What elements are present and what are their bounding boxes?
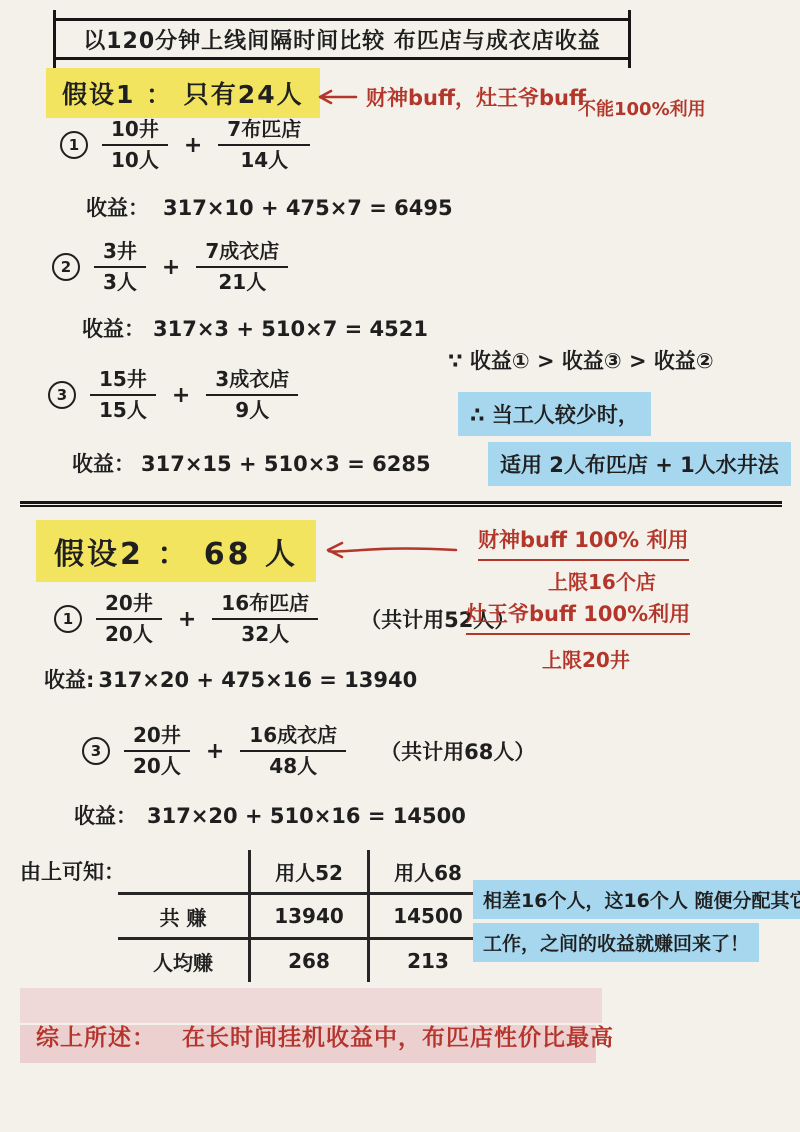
case-1-profit-s2: 收益:317×20 + 475×16 = 13940 <box>44 664 417 694</box>
case-2-number: 2 <box>52 253 80 281</box>
fraction-numerator: 15井 <box>90 368 156 396</box>
case-3-profit: 收益：317×15 + 510×3 = 6285 <box>72 448 431 478</box>
kitchen-god-buff-note: 灶王爷buff 100%利用 <box>466 598 690 635</box>
wealth-god-buff-note: 财神buff 100% 利用 <box>478 524 689 561</box>
plus-sign: + <box>182 133 204 158</box>
handwritten-note-page: 以120分钟上线间隔时间比较 布匹店与成衣店收益 假设1 ： 只有24人 财神b… <box>0 0 800 1132</box>
total-profit-68: 14500 <box>369 894 487 939</box>
case-3-number: 3 <box>82 737 110 765</box>
case-3-formula-s2: 3 20井 20人 + 16成衣店 48人 （共计用68人） <box>82 724 535 778</box>
fraction-numerator: 7成衣店 <box>196 240 288 268</box>
long-left-arrow-icon <box>322 540 458 560</box>
hypothesis-1-heading: 假设1 ： 只有24人 <box>46 68 320 118</box>
fraction-denominator: 14人 <box>218 146 310 172</box>
fraction-numerator: 20井 <box>124 724 190 752</box>
profit-expression: 317×10 + 475×7 = 6495 <box>163 196 453 220</box>
case-1-profit: 收益：317×10 + 475×7 = 6495 <box>86 192 453 222</box>
case-3-number: 3 <box>48 381 76 409</box>
profit-label: 收益： <box>82 317 145 341</box>
table-row: 共 赚 13940 14500 <box>118 894 486 939</box>
row-label: 人均赚 <box>118 939 250 983</box>
cloth-shop-fraction: 7布匹店 14人 <box>218 118 310 172</box>
buff-note-2: 不能100%利用 <box>578 95 706 121</box>
case-2-formula: 2 3井 3人 + 7成衣店 21人 <box>52 240 288 294</box>
section-divider <box>20 501 782 507</box>
table-header-row: 用人52 用人68 <box>118 850 486 894</box>
fraction-numerator: 16布匹店 <box>212 592 318 620</box>
plus-sign: + <box>160 255 182 280</box>
hypothesis-2-heading: 假设2 ： 68 人 <box>36 520 316 582</box>
fraction-numerator: 3成衣店 <box>206 368 298 396</box>
col-header-68: 用人68 <box>369 850 487 894</box>
total-profit-52: 13940 <box>250 894 369 939</box>
fraction-denominator: 20人 <box>124 752 190 778</box>
per-person-profit-68: 213 <box>369 939 487 983</box>
cloth-shop-fraction: 16布匹店 32人 <box>212 592 318 646</box>
left-arrow-icon <box>316 88 358 106</box>
fraction-denominator: 32人 <box>212 620 318 646</box>
profit-expression: 317×3 + 510×7 = 4521 <box>153 317 428 341</box>
summary-highlight-bar-top <box>20 988 602 1023</box>
fraction-numerator: 3井 <box>94 240 146 268</box>
case-3-formula: 3 15井 15人 + 3成衣店 9人 <box>48 368 298 422</box>
clothing-shop-fraction: 16成衣店 48人 <box>240 724 346 778</box>
fraction-denominator: 20人 <box>96 620 162 646</box>
wells-fraction: 10井 10人 <box>102 118 168 172</box>
case-1-formula-s2: 1 20井 20人 + 16布匹店 32人 （共计用52人） <box>54 592 515 646</box>
title-box: 以120分钟上线间隔时间比较 布匹店与成衣店收益 <box>54 18 630 60</box>
fraction-numerator: 16成衣店 <box>240 724 346 752</box>
fraction-numerator: 10井 <box>102 118 168 146</box>
summary-label: 综上所述： <box>36 1025 156 1051</box>
per-person-profit-52: 268 <box>250 939 369 983</box>
profit-label: 收益： <box>74 804 137 828</box>
conclusion-method: 适用 2人布匹店 + 1人水井法 <box>488 442 791 486</box>
wells-fraction: 20井 20人 <box>96 592 162 646</box>
plus-sign: + <box>170 383 192 408</box>
total-workers-note: （共计用68人） <box>380 736 535 766</box>
case-1-number: 1 <box>54 605 82 633</box>
worker-difference-note-line-1: 相差16个人，这16个人 随便分配其它 <box>473 880 800 919</box>
case-2-profit: 收益：317×3 + 510×7 = 4521 <box>82 313 428 343</box>
wells-fraction: 15井 15人 <box>90 368 156 422</box>
buff-note: 财神buff，灶王爷buff <box>366 82 586 112</box>
empty-header-cell <box>118 850 250 894</box>
conclusion-few-workers: ∴ 当工人较少时， <box>458 392 651 436</box>
profit-expression: 317×20 + 475×16 = 13940 <box>98 668 417 692</box>
plus-sign: + <box>176 607 198 632</box>
case-1-number: 1 <box>60 131 88 159</box>
wells-fraction: 20井 20人 <box>124 724 190 778</box>
fraction-denominator: 48人 <box>240 752 346 778</box>
worker-difference-note-line-2: 工作，之间的收益就赚回来了！ <box>473 923 759 962</box>
fraction-denominator: 10人 <box>102 146 168 172</box>
wells-fraction: 3井 3人 <box>94 240 146 294</box>
fraction-denominator: 3人 <box>94 268 146 294</box>
final-summary: 综上所述：在长时间挂机收益中，布匹店性价比最高 <box>36 1019 614 1052</box>
table-row: 人均赚 268 213 <box>118 939 486 983</box>
case-3-profit-s2: 收益：317×20 + 510×16 = 14500 <box>74 800 466 830</box>
clothing-shop-fraction: 7成衣店 21人 <box>196 240 288 294</box>
kitchen-god-cap-note: 上限20井 <box>542 644 630 673</box>
wealth-god-cap-note: 上限16个店 <box>548 566 656 595</box>
profit-label: 收益： <box>86 196 149 220</box>
fraction-denominator: 15人 <box>90 396 156 422</box>
row-label: 共 赚 <box>118 894 250 939</box>
profit-label: 收益： <box>72 452 135 476</box>
fraction-numerator: 7布匹店 <box>218 118 310 146</box>
fraction-denominator: 9人 <box>206 396 298 422</box>
fraction-denominator: 21人 <box>196 268 288 294</box>
profit-expression: 317×15 + 510×3 = 6285 <box>141 452 431 476</box>
profit-label: 收益: <box>44 668 94 692</box>
page-title: 以120分钟上线间隔时间比较 布匹店与成衣店收益 <box>83 24 601 55</box>
clothing-shop-fraction: 3成衣店 9人 <box>206 368 298 422</box>
col-header-52: 用人52 <box>250 850 369 894</box>
fraction-numerator: 20井 <box>96 592 162 620</box>
profit-comparison: ∵ 收益① > 收益③ > 收益② <box>448 345 714 375</box>
plus-sign: + <box>204 739 226 764</box>
table-intro: 由上可知： <box>20 856 125 886</box>
profit-expression: 317×20 + 510×16 = 14500 <box>147 804 466 828</box>
summary-body: 在长时间挂机收益中，布匹店性价比最高 <box>182 1025 614 1051</box>
comparison-table: 用人52 用人68 共 赚 13940 14500 人均赚 268 213 <box>118 850 486 982</box>
case-1-formula: 1 10井 10人 + 7布匹店 14人 <box>60 118 310 172</box>
